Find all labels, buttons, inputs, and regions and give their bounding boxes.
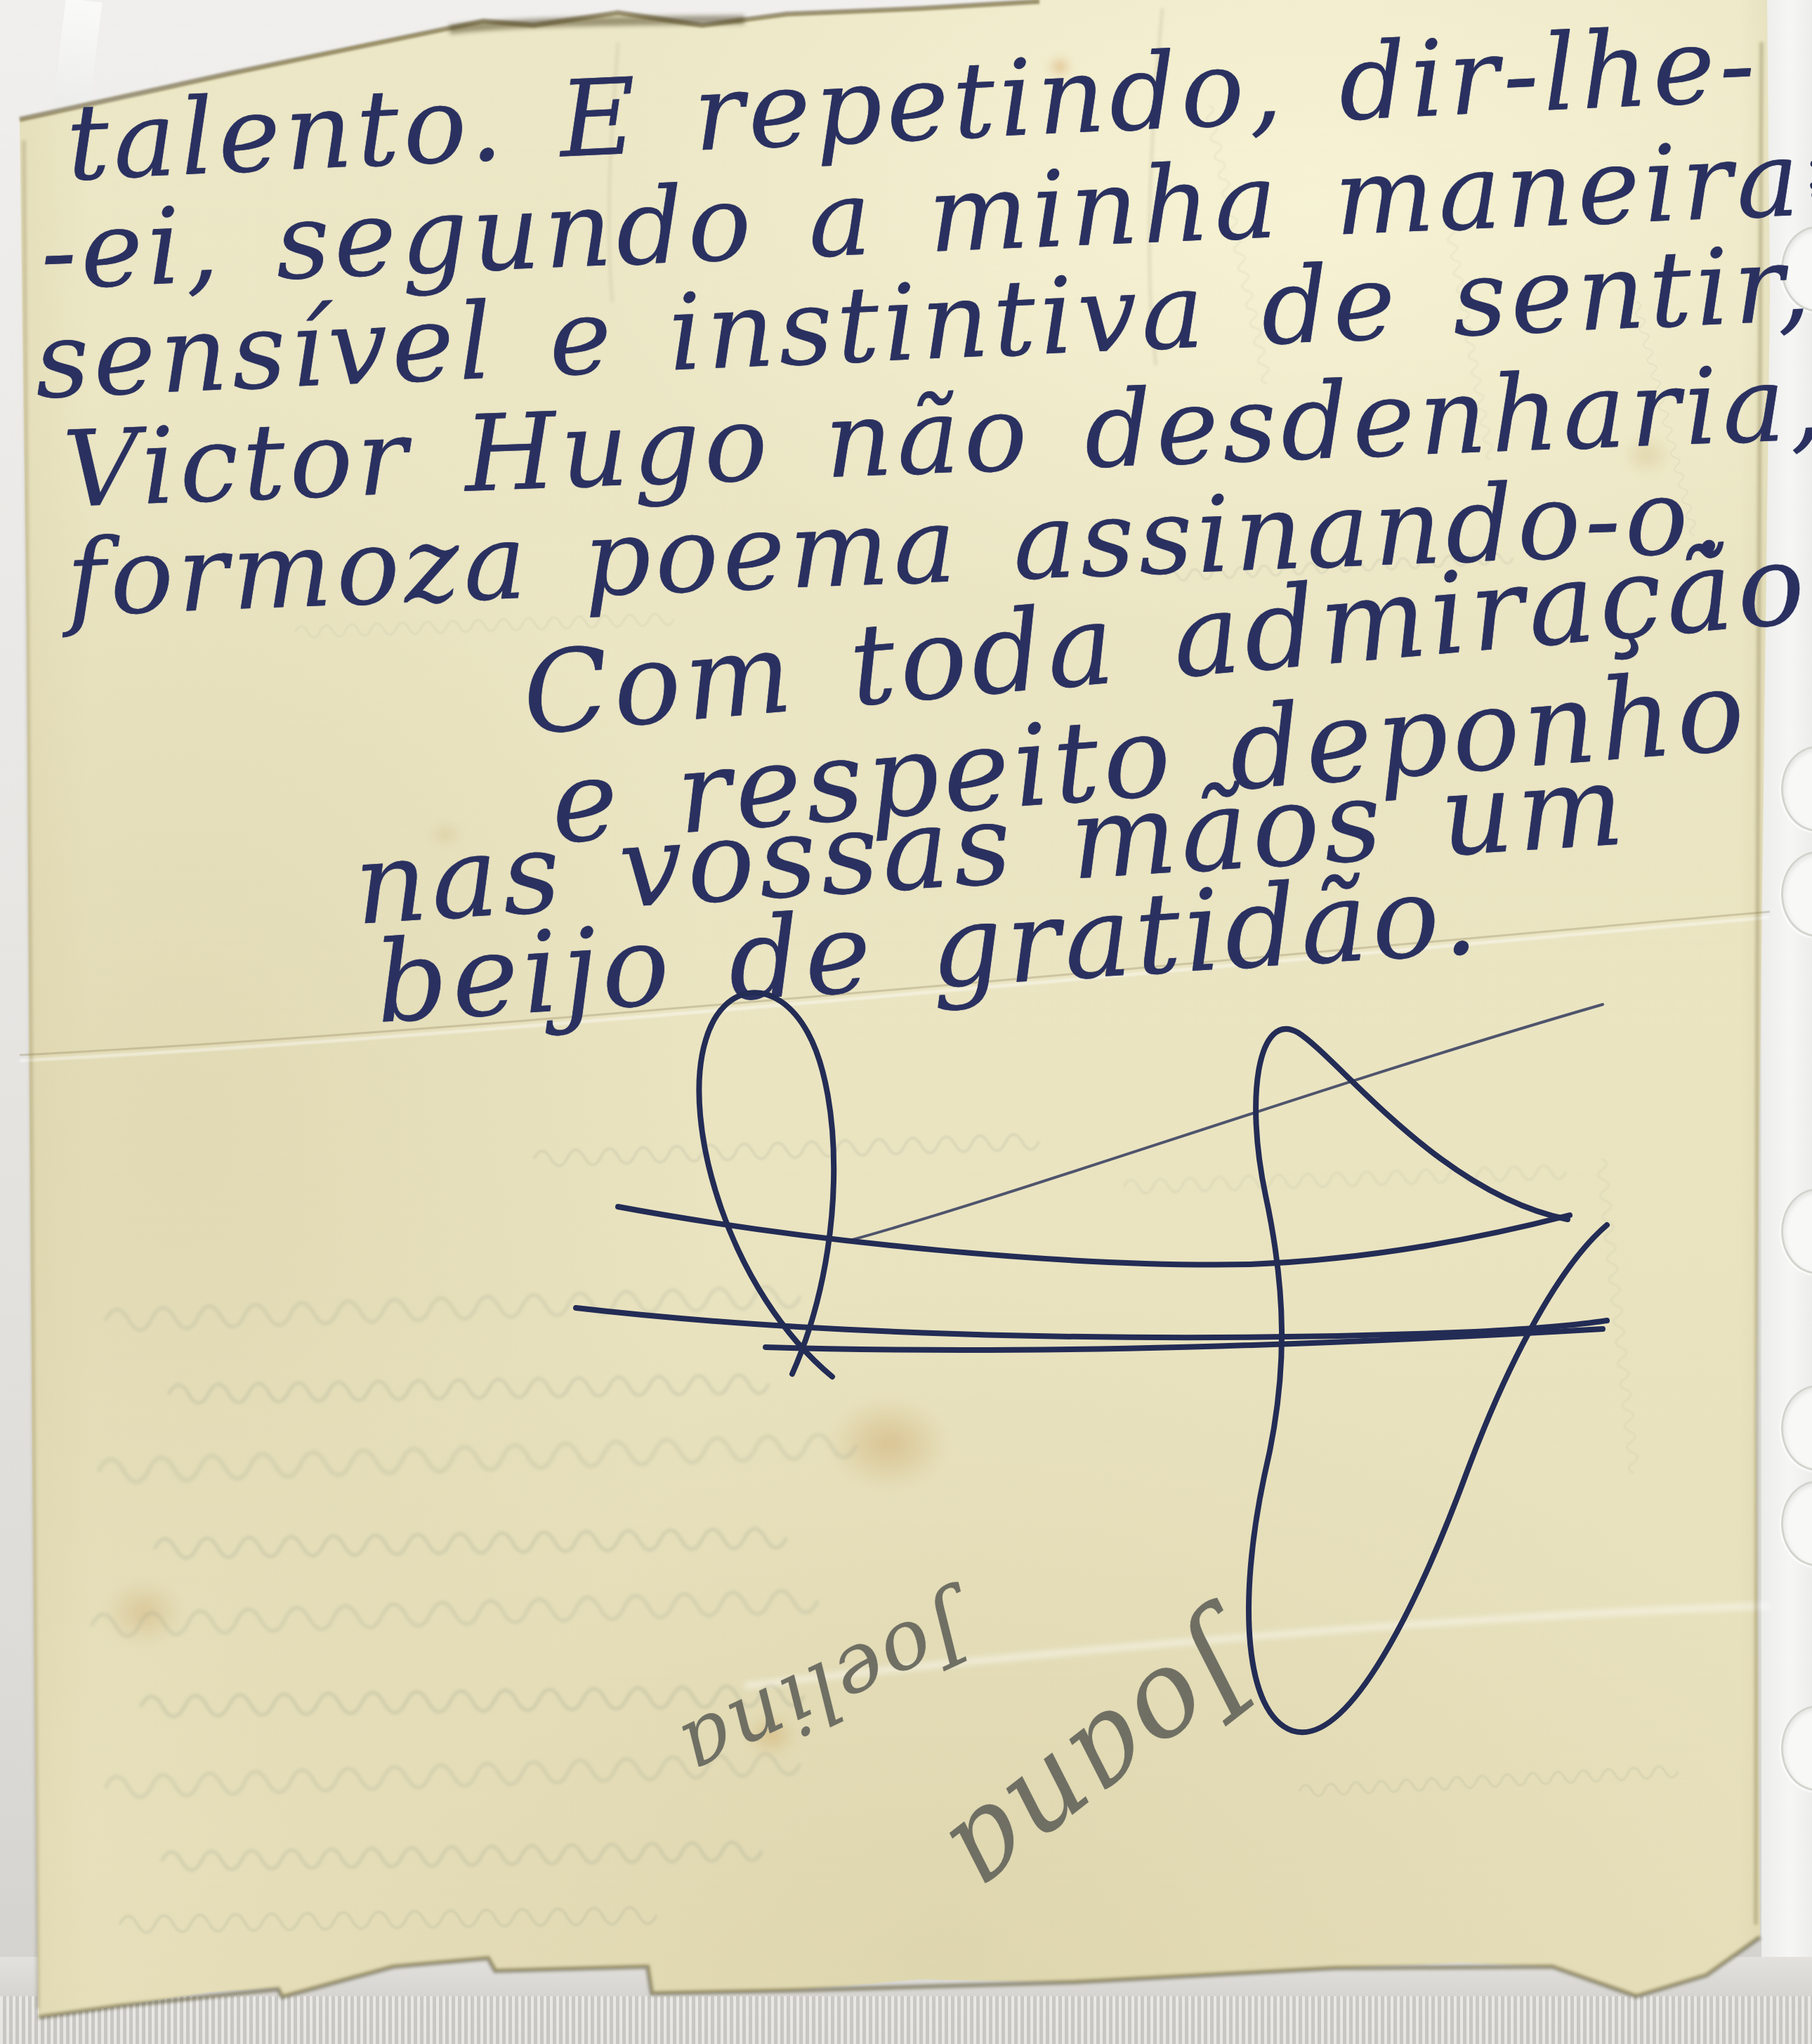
scanned-letter-photo: talento. E repetindo, dir-lhe- -ei, segu… bbox=[0, 0, 1812, 2044]
stain bbox=[105, 1580, 183, 1645]
ribbed-texture-band bbox=[0, 1996, 1812, 2044]
stain bbox=[829, 1398, 948, 1489]
